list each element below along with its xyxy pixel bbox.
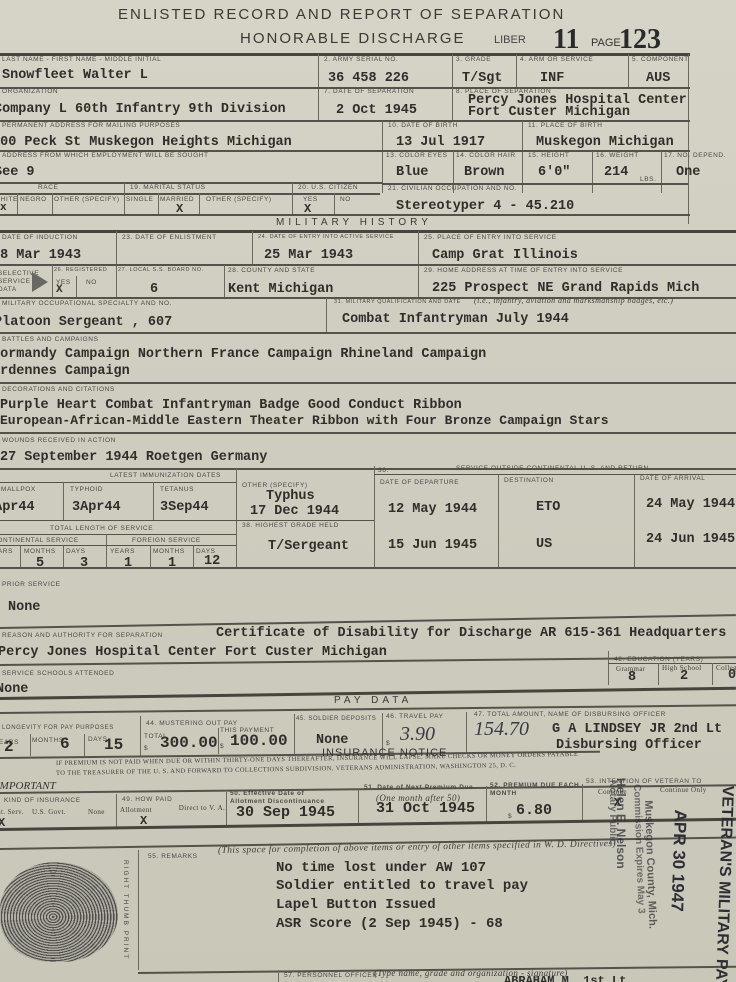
weight-unit: LBS.	[640, 176, 657, 183]
home-address-label: 29. HOME ADDRESS AT TIME OF ENTRY INTO S…	[424, 267, 623, 274]
divider	[374, 466, 375, 568]
battles-line2: Ardennes Campaign	[0, 364, 130, 379]
weight-value: 214	[604, 165, 628, 180]
insurance-kind-national[interactable]: Nat. Serv.	[0, 808, 24, 816]
longevity-years-value: 2	[4, 738, 14, 756]
typhoid-value: 3Apr44	[72, 500, 121, 515]
typhoid-label: TYPHOID	[70, 486, 103, 493]
continental-days-value: 3	[80, 556, 88, 571]
smallpox-label: SMALLPOX	[0, 486, 36, 493]
insurance-kind-label: KIND OF INSURANCE	[4, 797, 81, 804]
mustering-out-label: 44. MUSTERING OUT PAY	[146, 720, 238, 727]
decorations-line1: Purple Heart Combat Infantryman Badge Go…	[0, 398, 462, 413]
notary-stamp-line2: Notary Public	[607, 780, 618, 844]
divider	[199, 193, 200, 215]
immunization-other-label: OTHER (specify)	[242, 482, 308, 489]
how-paid-allotment[interactable]: Allotment	[120, 806, 152, 814]
pay-data-title: PAY DATA	[334, 695, 412, 706]
smallpox-value: 3Apr44	[0, 500, 35, 515]
thumbprint-label: RIGHT THUMB PRINT	[122, 860, 129, 960]
entry-place-label: 25. PLACE OF ENTRY INTO SERVICE	[424, 234, 557, 241]
travel-pay-value: 3.90	[400, 723, 435, 746]
county-value: Kent Michigan	[228, 282, 333, 297]
selective-service-label: SELECTIVE SERVICE DATA	[0, 270, 24, 294]
employment-address-value: See 9	[0, 165, 35, 180]
divider	[150, 545, 151, 568]
separation-reason-label: REASON AND AUTHORITY FOR SEPARATION	[2, 632, 163, 639]
premium-label: 52. PREMIUM DUE EACH MONTH	[490, 782, 580, 798]
total-amount-label: 47. TOTAL AMOUNT, NAME OF DISBURSING OFF…	[474, 711, 666, 718]
separation-date-value: 2 Oct 1945	[336, 103, 417, 118]
dependents-label: 17. NO. DEPEND.	[664, 152, 726, 159]
education-label: 42. EDUCATION (Years)	[614, 656, 703, 663]
form-subtitle: HONORABLE DISCHARGE	[240, 30, 466, 47]
liber-number: 11	[553, 24, 579, 56]
divider	[0, 193, 380, 195]
divider	[486, 786, 487, 822]
travel-pay-label: 46. TRAVEL PAY	[386, 713, 444, 720]
longevity-months-label: MONTHS	[32, 737, 64, 744]
discharge-form: ENLISTED RECORD AND REPORT OF SEPARATION…	[0, 0, 736, 982]
height-label: 15. HEIGHT	[528, 152, 569, 159]
education-grammar-value: 8	[628, 670, 636, 685]
divider	[0, 520, 374, 521]
destination-header: DESTINATION	[504, 477, 554, 484]
remarks-line4: ASR Score (2 Sep 1945) - 68	[276, 916, 503, 932]
continental-months-value: 5	[36, 556, 44, 571]
received-date-stamp: APR 30 1947	[666, 809, 690, 912]
arrow-right-icon	[32, 272, 48, 292]
disbursing-officer-name: G A LINDSEY JR 2nd Lt	[552, 722, 722, 737]
mos-value: Platoon Sergeant , 607	[0, 315, 172, 330]
marital-option-other[interactable]: OTHER (specify)	[206, 196, 272, 203]
divider	[628, 54, 629, 88]
dependents-value: One	[676, 165, 700, 180]
currency-symbol: $	[386, 740, 390, 747]
divider	[688, 54, 689, 224]
immunization-title: LATEST IMMUNIZATION DATES	[110, 472, 221, 479]
marital-option-single[interactable]: SINGLE	[126, 196, 153, 203]
departure-row2: 15 Jun 1945	[388, 538, 477, 553]
divider	[218, 728, 219, 754]
departure-header: DATE OF DEPARTURE	[380, 479, 459, 486]
component-value: AUS	[646, 71, 670, 86]
service-schools-label: SERVICE SCHOOLS ATTENDED	[2, 670, 114, 677]
continental-service-label: CONTINENTAL SERVICE	[0, 537, 79, 544]
org-value: Company L 60th Infantry 9th Division	[0, 102, 286, 117]
divider	[452, 88, 453, 120]
insurance-kind-none[interactable]: None	[88, 808, 105, 816]
premium-value: 6.80	[516, 802, 552, 819]
prior-service-value: None	[8, 600, 40, 615]
serial-value: 36 458 226	[328, 71, 409, 86]
arrival-header: DATE OF ARRIVAL	[640, 475, 705, 482]
divider	[634, 475, 635, 567]
next-premium-value: 31 Oct 1945	[376, 800, 475, 817]
divider	[52, 193, 53, 215]
immunization-other-line1: Typhus	[266, 489, 315, 504]
divider	[516, 54, 517, 88]
citizen-option-no[interactable]: NO	[340, 196, 351, 203]
divider	[661, 151, 662, 193]
personnel-officer-label: 57. PERSONNEL OFFICER	[284, 972, 378, 979]
divider	[0, 567, 736, 569]
divider	[0, 545, 236, 546]
divider	[106, 534, 107, 568]
divider	[294, 714, 295, 754]
battles-label: BATTLES AND CAMPAIGNS	[2, 336, 99, 343]
battles-line1: Normandy Campaign Northern France Campai…	[0, 347, 486, 362]
occupation-value: Stereotyper 4 - 45.210	[396, 199, 574, 214]
divider	[63, 482, 64, 520]
county-label: 28. COUNTY AND STATE	[228, 267, 315, 274]
divider	[0, 432, 736, 434]
divider	[452, 54, 453, 88]
occupation-label: 21. CIVILIAN OCCUPATION AND NO.	[388, 185, 517, 192]
race-option-other[interactable]: OTHER (specify)	[54, 196, 120, 203]
foreign-months-value: 1	[168, 556, 176, 571]
effective-date-value: 30 Sep 1945	[236, 804, 335, 821]
pob-value: Muskegon Michigan	[536, 135, 674, 150]
mustering-total-value: 300.00	[160, 734, 218, 752]
divider	[592, 151, 593, 193]
divider	[278, 970, 279, 982]
divider	[84, 734, 85, 756]
continental-days-label: DAYS	[66, 548, 86, 555]
registered-mark: X	[56, 284, 63, 296]
marital-label: 19. MARITAL STATUS	[130, 184, 206, 191]
enlistment-label: 23. DATE OF ENLISTMENT	[122, 234, 217, 241]
longevity-days-value: 15	[104, 736, 123, 754]
important-label: IMPORTANT	[0, 780, 56, 792]
race-option-negro[interactable]: NEGRO	[20, 196, 47, 203]
divider	[326, 298, 327, 332]
how-paid-label: 49. HOW PAID	[122, 796, 172, 803]
board-label: 27. LOCAL S.S. BOARD NO.	[118, 267, 204, 273]
dob-label: 10. DATE OF BIRTH	[388, 122, 458, 129]
remarks-hint: (This space for completion of above item…	[218, 839, 616, 856]
divider	[158, 193, 159, 215]
next-premium-label: 51. Date of Next Premium Due	[364, 784, 473, 791]
soldier-deposits-value: None	[316, 733, 348, 748]
org-label: ORGANIZATION	[2, 88, 58, 95]
mos-label: MILITARY OCCUPATIONAL SPECIALTY AND NO.	[2, 300, 172, 307]
registered-option-no[interactable]: NO	[86, 279, 97, 286]
destination-row1: ETO	[536, 500, 560, 515]
arrival-row1: 24 May 1944	[646, 497, 735, 512]
divider	[0, 534, 236, 535]
hair-label: 14. COLOR HAIR	[456, 152, 516, 159]
entry-place-value: Camp Grat Illinois	[432, 248, 578, 263]
divider	[124, 183, 125, 215]
component-label: 5. COMPONENT	[632, 56, 689, 63]
divider	[466, 712, 467, 752]
dob-value: 13 Jul 1917	[396, 135, 485, 150]
overseas-number: 36.	[378, 467, 389, 474]
induction-value: 18 Mar 1943	[0, 248, 81, 263]
divider	[712, 663, 713, 685]
divider	[608, 651, 609, 685]
thumbprint-image	[0, 862, 118, 962]
separation-date-label: 7. DATE OF SEPARATION	[324, 88, 414, 95]
divider	[0, 214, 690, 216]
hair-value: Brown	[464, 165, 505, 180]
foreign-years-label: YEARS	[110, 548, 135, 555]
longevity-label: LONGEVITY FOR PAY PURPOSES	[2, 725, 114, 731]
foreign-months-label: MONTHS	[153, 548, 185, 555]
home-address-value: 225 Prospect NE Grand Rapids Mich	[432, 281, 699, 296]
name-value: Snowfleet Walter L	[2, 68, 148, 83]
divider	[30, 734, 31, 756]
longevity-months-value: 6	[60, 735, 70, 753]
wounds-label: WOUNDS RECEIVED IN ACTION	[2, 437, 116, 444]
address-value: 900 Peck St Muskegon Heights Michigan	[0, 135, 292, 150]
divider	[76, 276, 77, 297]
remarks-line2: Soldier entitled to travel pay	[276, 878, 528, 894]
highest-grade-value: T/Sergeant	[268, 539, 349, 554]
divider	[0, 264, 736, 266]
personnel-officer-value: ABRAHAM M. 1st Lt.	[504, 974, 634, 982]
how-paid-direct[interactable]: Direct to V. A.	[178, 804, 226, 812]
divider	[0, 230, 736, 233]
divider	[224, 265, 225, 297]
qualification-label: 31. MILITARY QUALIFICATION AND DATE	[334, 299, 461, 305]
grade-value: T/Sgt	[462, 71, 503, 86]
divider	[52, 265, 53, 297]
departure-row1: 12 May 1944	[388, 502, 477, 517]
arm-label: 4. ARM OR SERVICE	[520, 56, 593, 63]
form-title: ENLISTED RECORD AND REPORT OF SEPARATION	[118, 6, 565, 23]
divider	[20, 545, 21, 568]
divider	[138, 850, 139, 970]
race-label: RACE	[38, 184, 58, 191]
prior-service-label: PRIOR SERVICE	[2, 581, 61, 588]
divider	[658, 663, 659, 685]
eyes-value: Blue	[396, 165, 428, 180]
divider	[0, 382, 736, 384]
divider	[63, 545, 64, 568]
registered-label: 26. REGISTERED	[54, 267, 107, 273]
wounds-value: 27 September 1944 Roetgen Germany	[0, 450, 267, 465]
divider	[498, 475, 499, 567]
continental-months-label: MONTHS	[24, 548, 56, 555]
divider	[0, 482, 236, 483]
highest-grade-label: 38. HIGHEST GRADE HELD	[242, 522, 339, 529]
height-value: 6'0"	[538, 165, 570, 180]
service-length-title: TOTAL LENGTH OF SERVICE	[50, 525, 153, 532]
immunization-other-line2: 17 Dec 1944	[250, 504, 339, 519]
divider	[116, 794, 117, 828]
service-schools-value: None	[0, 682, 28, 697]
divider	[358, 788, 359, 824]
remarks-line1: No time lost under AW 107	[276, 860, 486, 876]
foreign-years-value: 1	[124, 556, 132, 571]
induction-label: DATE OF INDUCTION	[2, 234, 78, 241]
decorations-line2: European-African-Middle Eastern Theater …	[0, 413, 609, 428]
weight-label: 16. WEIGHT	[596, 152, 639, 159]
continental-years-label: YEARS	[0, 548, 13, 555]
decorations-label: DECORATIONS AND CITATIONS	[2, 386, 115, 393]
pob-label: 11. PLACE OF BIRTH	[528, 122, 603, 129]
board-value: 6	[150, 282, 158, 297]
page-number: 123	[619, 24, 661, 56]
race-mark: x	[0, 202, 7, 214]
currency-symbol: $	[144, 745, 148, 752]
divider	[140, 716, 141, 756]
divider	[236, 468, 237, 568]
name-label: LAST NAME - FIRST NAME - MIDDLE INITIAL	[2, 56, 161, 63]
education-college-value: 0	[728, 668, 736, 683]
serial-label: 2. ARMY SERIAL NO.	[324, 56, 398, 63]
intention-continue-only[interactable]: Continue Only	[660, 786, 707, 794]
qualification-hint: (i.e., infantry, aviation and marksmansh…	[474, 296, 673, 305]
military-history-title: MILITARY HISTORY	[276, 217, 432, 228]
address-label: PERMANENT ADDRESS FOR MAILING PURPOSES	[2, 122, 180, 129]
currency-symbol: $	[220, 743, 224, 750]
tetanus-label: TETANUS	[160, 486, 194, 493]
divider	[153, 482, 154, 520]
grade-label: 3. GRADE	[456, 56, 491, 63]
divider	[582, 784, 583, 820]
separation-reason-line1: Certificate of Disability for Discharge …	[216, 626, 726, 641]
page-label: PAGE	[591, 37, 621, 49]
arm-value: INF	[540, 71, 564, 86]
eyes-label: 13. COLOR EYES	[386, 152, 448, 159]
liber-label: LIBER	[494, 34, 526, 46]
remarks-line3: Lapel Button Issued	[276, 897, 436, 913]
foreign-service-label: FOREIGN SERVICE	[132, 537, 201, 544]
remarks-label: 55. REMARKS	[148, 853, 198, 860]
divider	[0, 332, 736, 334]
currency-symbol: $	[508, 813, 512, 820]
active-service-value: 25 Mar 1943	[264, 248, 353, 263]
separation-reason-line2: Percy Jones Hospital Center Fort Custer …	[0, 645, 387, 660]
divider	[292, 183, 293, 215]
overseas-title: SERVICE OUTSIDE CONTINENTAL U. S. AND RE…	[456, 465, 649, 472]
total-amount-value: 154.70	[474, 718, 529, 741]
soldier-deposits-label: 45. SOLDIER DEPOSITS	[296, 716, 376, 722]
divider	[193, 545, 194, 568]
destination-row2: US	[536, 537, 552, 552]
separation-place-line2: Fort Custer Michigan	[468, 107, 630, 119]
insurance-kind-govt[interactable]: U.S. Govt.	[32, 808, 66, 816]
qualification-value: Combat Infantryman July 1944	[342, 312, 569, 327]
citizen-label: 20. U.S. CITIZEN	[298, 184, 358, 191]
tetanus-value: 3Sep44	[160, 500, 209, 515]
this-payment-value: 100.00	[230, 732, 288, 750]
employment-address-label: ADDRESS FROM WHICH EMPLOYMENT WILL BE SO…	[2, 152, 209, 159]
education-highschool-value: 2	[680, 669, 688, 684]
arrival-row2: 24 Jun 1945	[646, 532, 735, 547]
active-service-label: 24. DATE OF ENTRY INTO ACTIVE SERVICE	[258, 234, 394, 240]
divider	[334, 193, 335, 215]
divider	[252, 231, 253, 265]
intention-label: 53. INTENTION OF VETERAN TO	[586, 778, 702, 785]
divider	[226, 792, 227, 826]
veterans-pay-stamp: VETERAN'S MILITARY PAY	[711, 785, 736, 982]
